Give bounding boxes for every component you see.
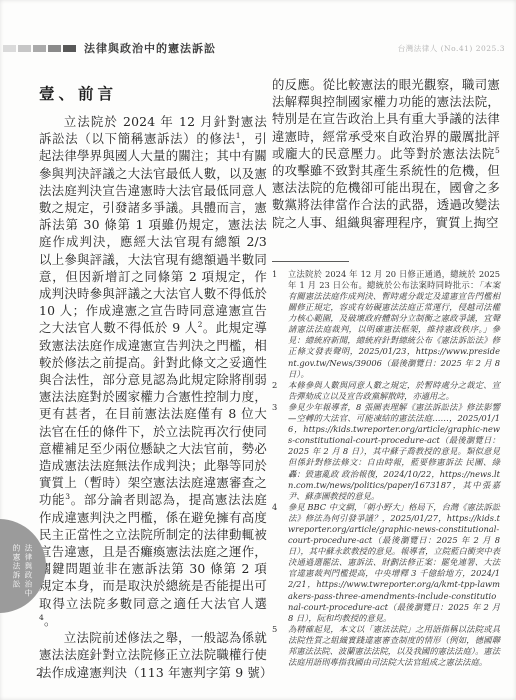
chapter-tab-label: 法律與政治中 的憲法訴訟 xyxy=(10,544,34,598)
journal-issue-info: 台灣法律人 (No.41) 2025.3 xyxy=(398,43,505,54)
footnote-text: 參見少年報導者，8 張圖表理解《憲法訴訟法》修法影響—空轉的大法官、可能凍結的憲… xyxy=(288,402,500,502)
page-number: 2 xyxy=(36,666,43,679)
paragraph-1-text: 。此規定導致憲法法庭作成違憲宣告判決之門檻，相較於修法之前提高。針對此條文之妥適… xyxy=(39,320,267,507)
paragraph-1-text: 立法院於 2024 年 12 月針對憲法訴訟法（以下簡稱憲訴法）的修法 xyxy=(39,114,267,146)
footnote-number: 1 xyxy=(272,269,288,380)
journal-page: 法律與政治中的憲法訴訟 台灣法律人 (No.41) 2025.3 壹、前言 立法… xyxy=(0,0,516,700)
left-column: 壹、前言 立法院於 2024 年 12 月針對憲法訴訟法（以下簡稱憲訴法）的修法… xyxy=(39,82,267,681)
footnote-separator xyxy=(272,261,349,262)
footnote-text: 參見 BBC 中文網，「朝小野大」格局下，台灣《憲法訴訟法》修法為何引發爭議？，… xyxy=(288,502,500,624)
header-gradient-squares-icon xyxy=(3,45,76,52)
footnote-number: 3 xyxy=(272,402,288,502)
footnote-number: 2 xyxy=(272,380,288,402)
chapter-tab-line-2: 的憲法訴訟 xyxy=(10,544,22,598)
paragraph-1-text: 。部分論者則認為，提高憲法法庭作成違憲判決之門檻，係在避免擁有高度民主正當性之立… xyxy=(39,492,267,610)
paragraph-3-text: 的反應。從比較憲法的眼光觀察，職司憲法解釋與控制國家權力功能的憲法法院，特別是在… xyxy=(272,77,500,161)
footnote-text: 為精確起見，本文以「憲法法院」之用語指稱以法院或具法院性質之組織實踐違憲審查制度… xyxy=(288,624,500,668)
series-title: 法律與政治中的憲法訴訟 xyxy=(84,40,216,56)
page-header: 法律與政治中的憲法訴訟 台灣法律人 (No.41) 2025.3 xyxy=(3,42,505,54)
chapter-tab-line-1: 法律與政治中 xyxy=(22,544,34,598)
footnote-2: 2 本條參與人數與同意人數之規定，於暫時處分之裁定、宣告彈劾成立以及宣告政黨解散… xyxy=(272,380,500,402)
paragraph-1: 立法院於 2024 年 12 月針對憲法訴訟法（以下簡稱憲訴法）的修法1，引起法… xyxy=(39,113,267,629)
footnote-1: 1 立法院於 2024 年 12 月 20 日修正通過，總統於 2025 年 1… xyxy=(272,269,500,380)
right-column: 的反應。從比較憲法的眼光觀察，職司憲法解釋與控制國家權力功能的憲法法院，特別是在… xyxy=(272,76,500,668)
footnote-number: 4 xyxy=(272,502,288,624)
paragraph-2: 立法院前述修法之舉，一般認為係就憲法法庭針對立法院修正立法院職權行使法作成違憲判… xyxy=(39,629,267,681)
paragraph-1-text: 。 xyxy=(44,613,57,628)
footnote-3: 3 參見少年報導者，8 張圖表理解《憲法訴訟法》修法影響—空轉的大法官、可能凍結… xyxy=(272,402,500,502)
footnote-1-preamble: 立法院於 2024 年 12 月 20 日修正通過，總統於 2025 年 1 月… xyxy=(288,269,500,290)
paragraph-1-text: ，引起法律學界與國人大量的關注；其中有關參與判決評議之大法官最低人數，以及憲法法… xyxy=(39,131,267,335)
paragraph-3-text: 的攻擊雖不致對其產生系統性的危機，但憲法法院的危機卻可能出現在，國會之多數黨將法… xyxy=(272,163,500,230)
section-heading: 壹、前言 xyxy=(39,82,267,104)
footnote-text: 本條參與人數與同意人數之規定，於暫時處分之裁定、宣告彈劾成立以及宣告政黨解散時，… xyxy=(288,380,500,402)
footnotes-block: 1 立法院於 2024 年 12 月 20 日修正通過，總統於 2025 年 1… xyxy=(272,269,500,668)
footnote-number: 5 xyxy=(272,624,288,668)
footnote-5: 5 為精確起見，本文以「憲法法院」之用語指稱以法院或具法院性質之組織實踐違憲審查… xyxy=(272,624,500,668)
paragraph-3: 的反應。從比較憲法的眼光觀察，職司憲法解釋與控制國家權力功能的憲法法院，特別是在… xyxy=(272,76,500,231)
footnote-ref-5: 5 xyxy=(495,146,500,155)
footnote-4: 4 參見 BBC 中文網，「朝小野大」格局下，台灣《憲法訴訟法》修法為何引發爭議… xyxy=(272,502,500,624)
footnote-text: 立法院於 2024 年 12 月 20 日修正通過，總統於 2025 年 1 月… xyxy=(288,269,500,380)
